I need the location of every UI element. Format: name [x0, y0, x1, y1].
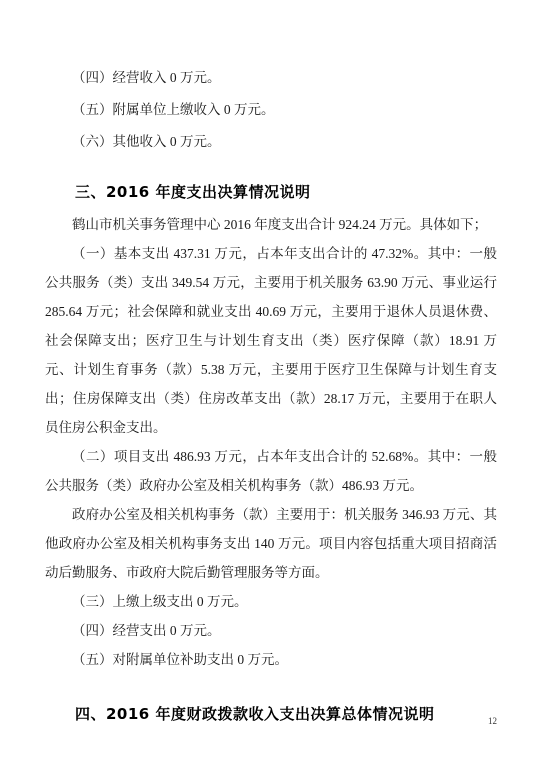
- section3-project-expenditure-paragraph: （二）项目支出 486.93 万元，占本年支出合计的 52.68%。其中：一般公…: [45, 442, 497, 500]
- page-number: 12: [488, 716, 497, 726]
- income-item-4: （四）经营收入 0 万元。: [45, 62, 497, 94]
- document-page: （四）经营收入 0 万元。 （五）附属单位上缴收入 0 万元。 （六）其他收入 …: [0, 0, 550, 778]
- section3-heading: 三、2016 年度支出决算情况说明: [45, 180, 497, 204]
- income-item-6: （六）其他收入 0 万元。: [45, 126, 497, 158]
- section4-heading: 四、2016 年度财政拨款收入支出决算总体情况说明: [45, 702, 497, 726]
- expenditure-item-4: （四）经营支出 0 万元。: [45, 616, 497, 645]
- document-content: （四）经营收入 0 万元。 （五）附属单位上缴收入 0 万元。 （六）其他收入 …: [45, 62, 497, 732]
- section3-gov-office-detail-paragraph: 政府办公室及相关机构事务（款）主要用于：机关服务 346.93 万元、其他政府办…: [45, 500, 497, 587]
- income-item-5: （五）附属单位上缴收入 0 万元。: [45, 94, 497, 126]
- expenditure-item-5: （五）对附属单位补助支出 0 万元。: [45, 645, 497, 674]
- section3-basic-expenditure-paragraph: （一）基本支出 437.31 万元，占本年支出合计的 47.32%。其中：一般公…: [45, 239, 497, 442]
- section3-intro-paragraph: 鹤山市机关事务管理中心 2016 年度支出合计 924.24 万元。具体如下；: [45, 210, 497, 239]
- expenditure-item-3: （三）上缴上级支出 0 万元。: [45, 587, 497, 616]
